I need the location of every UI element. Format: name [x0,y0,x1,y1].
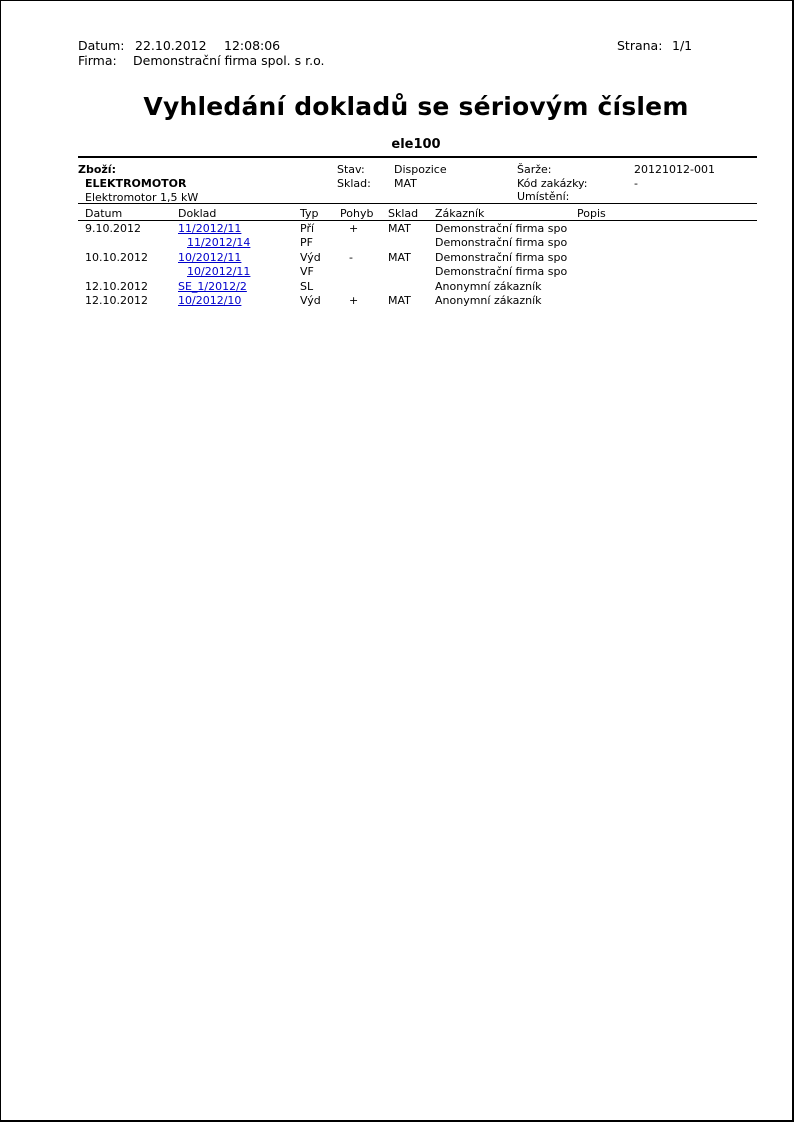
cell-customer: Anonymní zákazník [435,294,542,307]
document-link[interactable]: SE_1/2012/2 [178,280,247,293]
cell-date: 12.10.2012 [85,280,148,293]
cell-warehouse: MAT [388,222,411,235]
cell-warehouse: MAT [388,294,411,307]
report-title: Vyhledání dokladů se sériovým číslem [1,92,794,121]
order-code-value: - [634,177,638,190]
column-header-date: Datum [85,207,122,220]
state-value: Dispozice [394,163,447,176]
cell-type: PF [300,236,313,249]
cell-type: Výd [300,251,321,264]
cell-date: 10.10.2012 [85,251,148,264]
cell-customer: Anonymní zákazník [435,280,542,293]
column-header-movement: Pohyb [340,207,373,220]
cell-movement: - [349,251,353,264]
batch-label: Šarže: [517,163,552,176]
cell-customer: Demonstrační firma spo [435,265,567,278]
cell-type: VF [300,265,314,278]
column-header-document: Doklad [178,207,216,220]
cell-date: 9.10.2012 [85,222,141,235]
goods-label: Zboží: [78,163,116,176]
page-label: Strana: [617,38,662,53]
order-code-label: Kód zakázky: [517,177,587,190]
report-page: Datum: 22.10.2012 12:08:06 Firma: Demons… [0,0,794,1122]
location-label: Umístění: [517,190,569,203]
company-label: Firma: [78,53,117,68]
document-link[interactable]: 10/2012/10 [178,294,241,307]
cell-customer: Demonstrační firma spo [435,222,567,235]
divider-table-header [78,220,757,221]
cell-customer: Demonstrační firma spo [435,251,567,264]
serial-number: ele100 [1,137,794,152]
page-value: 1/1 [672,38,692,53]
cell-date: 12.10.2012 [85,294,148,307]
warehouse-value: MAT [394,177,417,190]
cell-warehouse: MAT [388,251,411,264]
date-value: 22.10.2012 [135,38,207,53]
document-link[interactable]: 11/2012/14 [187,236,250,249]
state-label: Stav: [337,163,365,176]
column-header-customer: Zákazník [435,207,484,220]
column-header-description: Popis [577,207,606,220]
document-link[interactable]: 11/2012/11 [178,222,241,235]
company-value: Demonstrační firma spol. s r.o. [133,53,325,68]
cell-movement: + [349,222,358,235]
batch-value: 20121012-001 [634,163,715,176]
time-value: 12:08:06 [224,38,280,53]
column-header-type: Typ [300,207,319,220]
cell-type: Pří [300,222,314,235]
document-link[interactable]: 10/2012/11 [187,265,250,278]
cell-movement: + [349,294,358,307]
column-header-warehouse: Sklad [388,207,418,220]
divider-top [78,156,757,158]
document-link[interactable]: 10/2012/11 [178,251,241,264]
date-label: Datum: [78,38,125,53]
cell-customer: Demonstrační firma spo [435,236,567,249]
divider-item [78,203,757,204]
cell-type: Výd [300,294,321,307]
cell-type: SL [300,280,313,293]
goods-name: ELEKTROMOTOR [85,177,187,190]
warehouse-label: Sklad: [337,177,371,190]
